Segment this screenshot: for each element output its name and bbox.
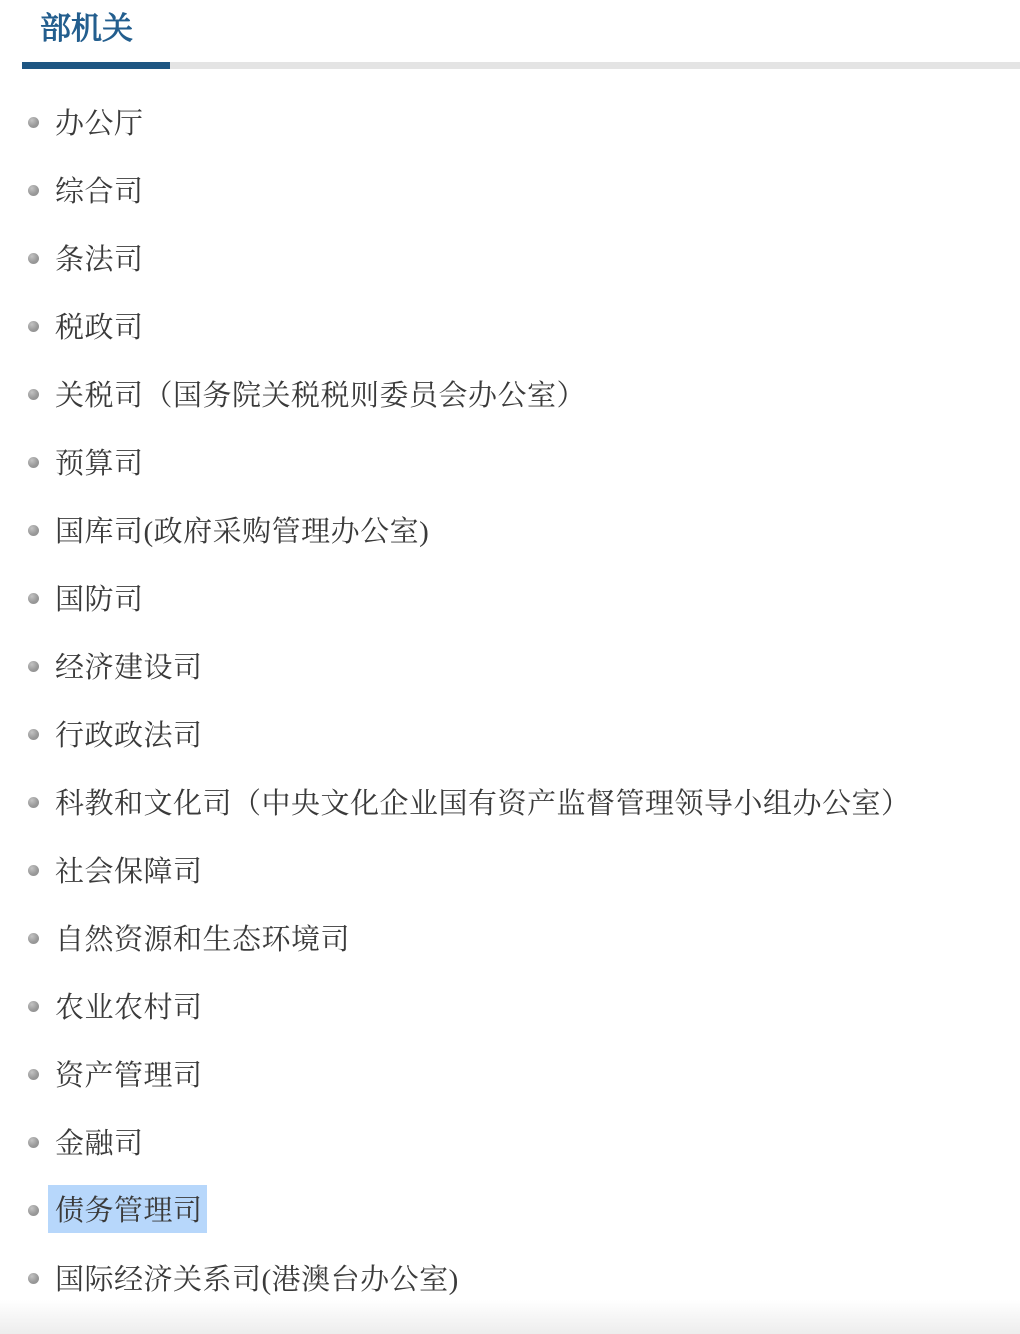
list-item-label: 国际经济关系司(港澳台办公室) (55, 1257, 459, 1298)
list-item[interactable]: 预算司 (22, 427, 1020, 495)
list-item[interactable]: 国防司 (22, 563, 1020, 631)
bullet-icon (28, 1273, 39, 1284)
bullet-icon (28, 185, 39, 196)
list-item-label: 条法司 (55, 237, 144, 278)
department-list-page: 部机关 办公厅 综合司 条法司 税政司 关税司（国务院关税税则委员会办公室） 预… (0, 0, 1020, 1311)
list-item-label: 金融司 (55, 1121, 144, 1162)
bullet-icon (28, 729, 39, 740)
list-item-label: 办公厅 (55, 101, 144, 142)
list-item[interactable]: 农业农村司 (22, 971, 1020, 1039)
list-item-label: 社会保障司 (55, 849, 203, 890)
list-item-label: 自然资源和生态环境司 (55, 917, 350, 958)
bullet-icon (28, 389, 39, 400)
list-item-label: 关税司（国务院关税税则委员会办公室） (55, 373, 586, 414)
list-item-label: 经济建设司 (55, 645, 203, 686)
list-item-label: 国防司 (55, 577, 144, 618)
bullet-icon (28, 321, 39, 332)
title-underline-active-segment (22, 62, 170, 69)
list-item-label: 资产管理司 (55, 1053, 203, 1094)
list-item-label-highlighted: 债务管理司 (48, 1185, 207, 1233)
list-item-selected[interactable]: 债务管理司 (22, 1175, 1020, 1243)
bullet-icon (28, 457, 39, 468)
list-item-label: 综合司 (55, 169, 144, 210)
title-underline-bar (22, 62, 1020, 69)
bullet-icon (28, 797, 39, 808)
bullet-icon (28, 661, 39, 672)
page-title: 部机关 (22, 6, 1020, 50)
bullet-icon (28, 865, 39, 876)
list-item[interactable]: 办公厅 (22, 87, 1020, 155)
bullet-icon (28, 593, 39, 604)
department-list: 办公厅 综合司 条法司 税政司 关税司（国务院关税税则委员会办公室） 预算司 国… (22, 87, 1020, 1311)
list-item-label: 预算司 (55, 441, 144, 482)
list-item[interactable]: 自然资源和生态环境司 (22, 903, 1020, 971)
bullet-icon (28, 933, 39, 944)
bullet-icon (28, 525, 39, 536)
list-item[interactable]: 金融司 (22, 1107, 1020, 1175)
list-item[interactable]: 关税司（国务院关税税则委员会办公室） (22, 359, 1020, 427)
bullet-icon (28, 1001, 39, 1012)
list-item[interactable]: 国库司(政府采购管理办公室) (22, 495, 1020, 563)
list-item[interactable]: 国际经济关系司(港澳台办公室) (22, 1243, 1020, 1311)
list-item[interactable]: 综合司 (22, 155, 1020, 223)
bullet-icon (28, 1069, 39, 1080)
list-item[interactable]: 经济建设司 (22, 631, 1020, 699)
bullet-icon (28, 1205, 39, 1216)
list-item[interactable]: 科教和文化司（中央文化企业国有资产监督管理领导小组办公室） (22, 767, 1020, 835)
list-item[interactable]: 条法司 (22, 223, 1020, 291)
bullet-icon (28, 1137, 39, 1148)
bullet-icon (28, 253, 39, 264)
list-item-label: 科教和文化司（中央文化企业国有资产监督管理领导小组办公室） (55, 781, 911, 822)
list-item[interactable]: 税政司 (22, 291, 1020, 359)
list-item-label: 国库司(政府采购管理办公室) (55, 509, 429, 550)
list-item[interactable]: 社会保障司 (22, 835, 1020, 903)
list-item-label: 行政政法司 (55, 713, 203, 754)
list-item[interactable]: 行政政法司 (22, 699, 1020, 767)
list-item-label: 税政司 (55, 305, 144, 346)
list-item[interactable]: 资产管理司 (22, 1039, 1020, 1107)
bullet-icon (28, 117, 39, 128)
list-item-label: 农业农村司 (55, 985, 203, 1026)
title-underline-divider (170, 62, 1020, 69)
